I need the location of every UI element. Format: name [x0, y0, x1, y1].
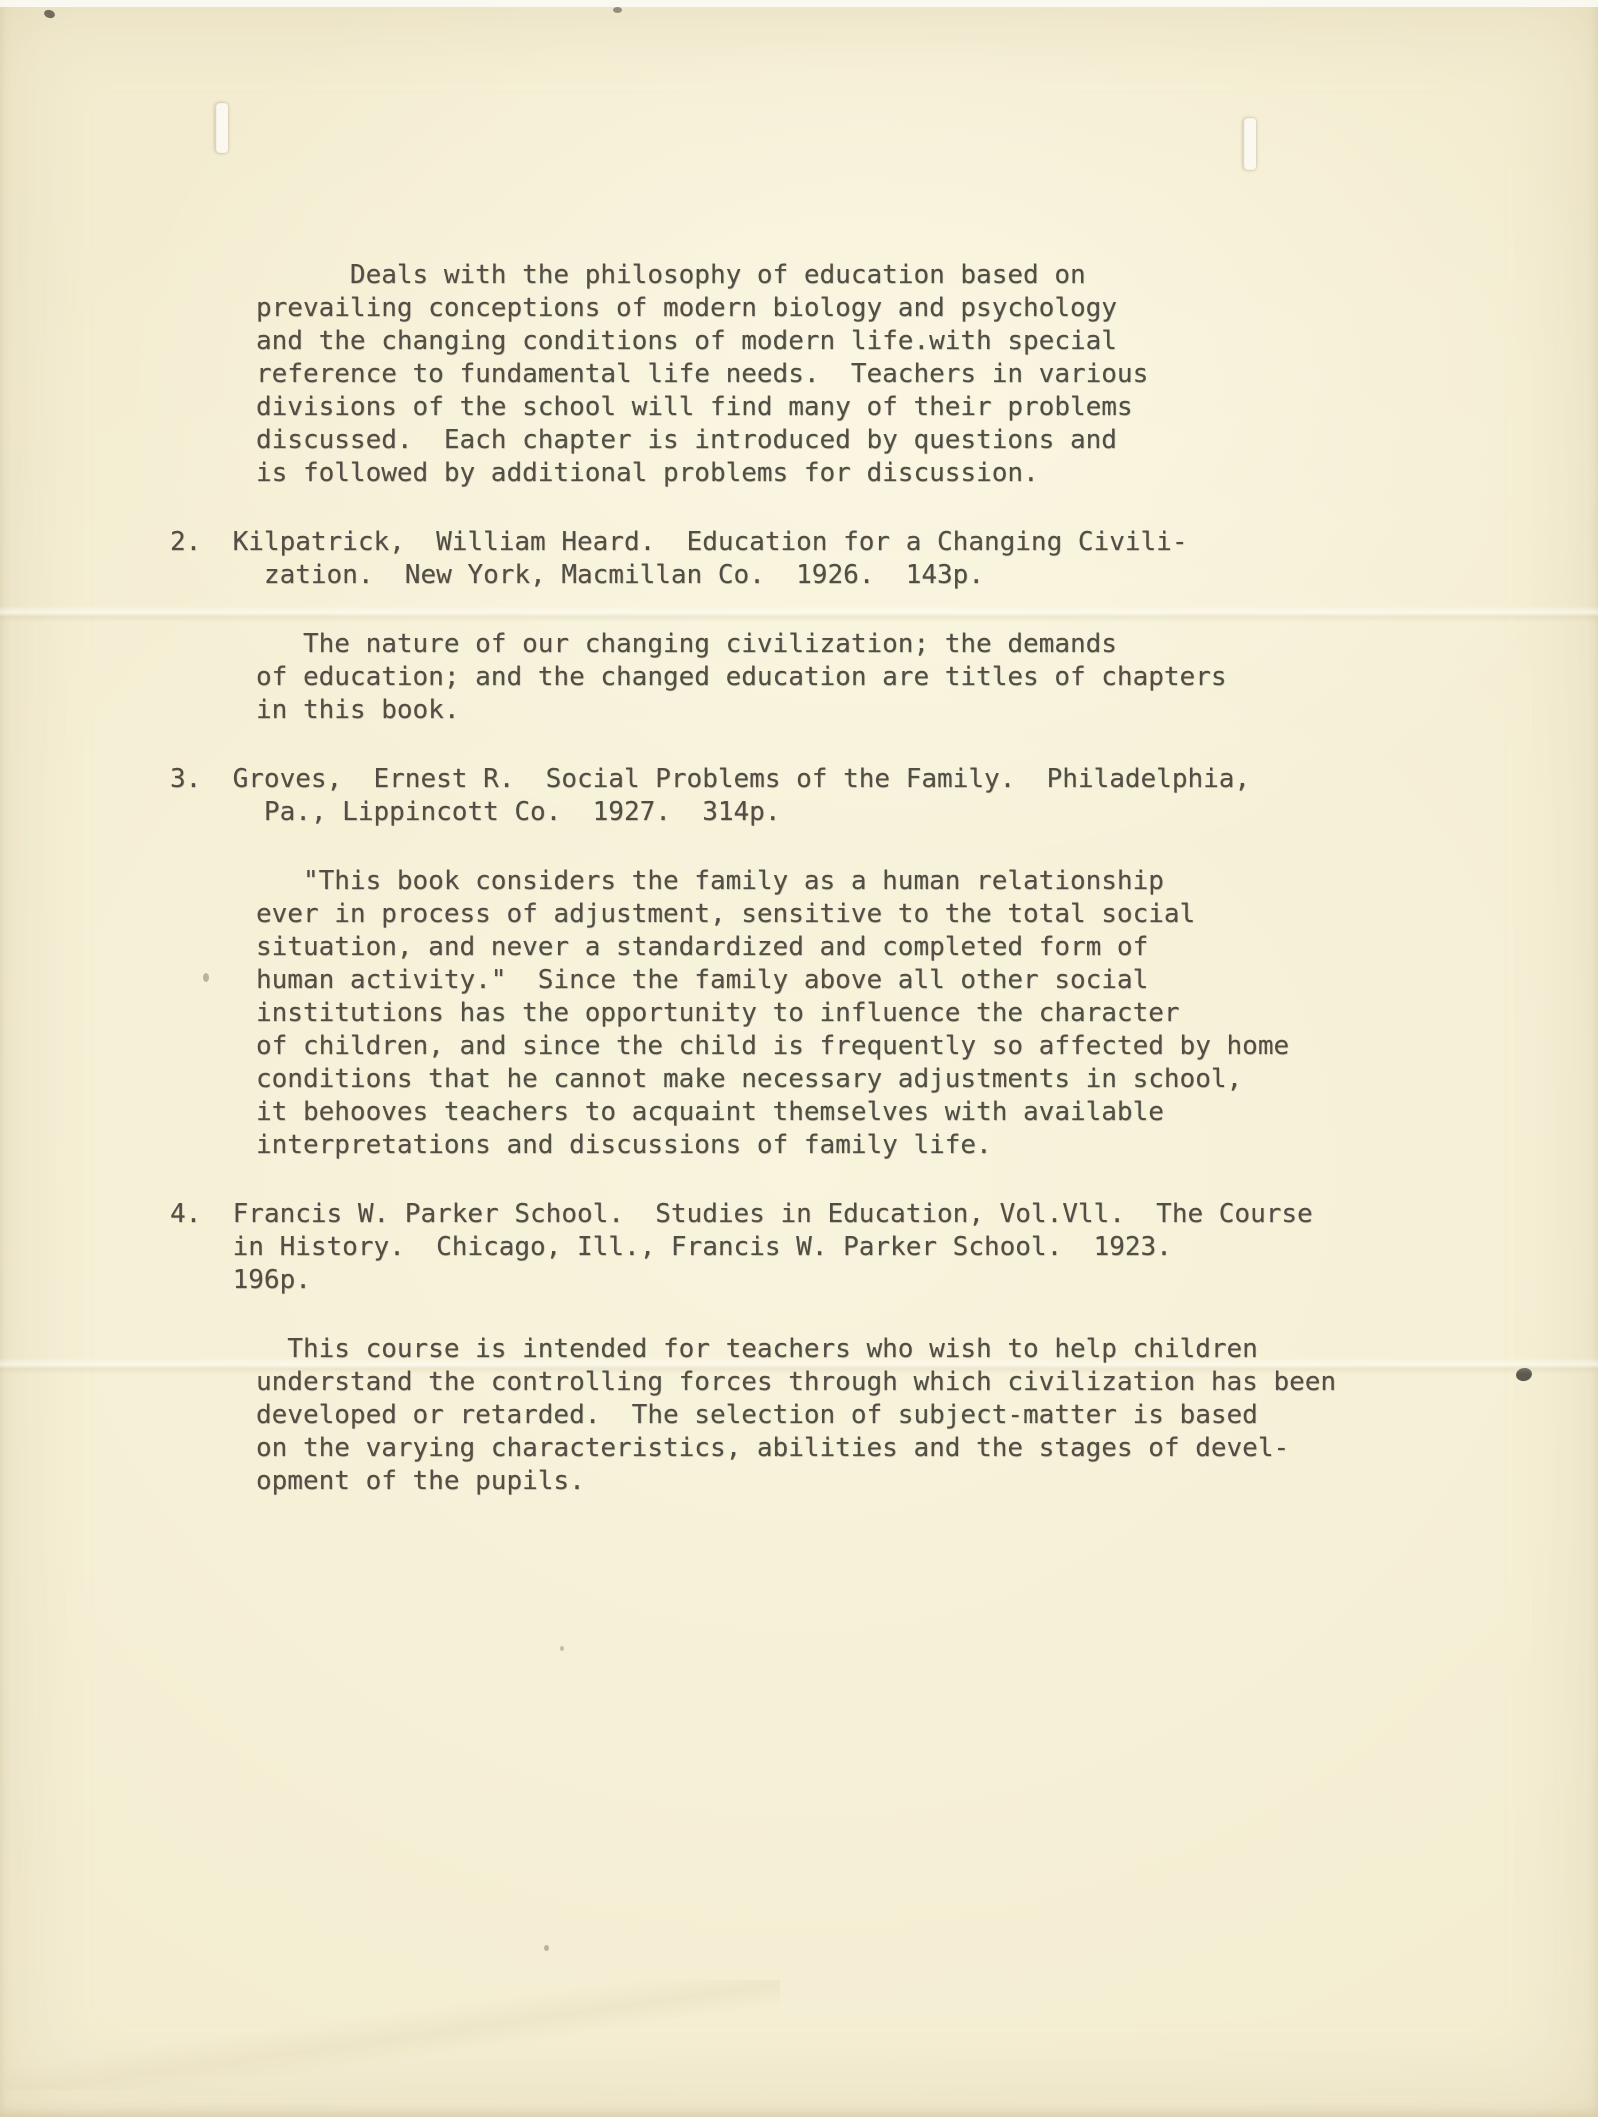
text-line: prevailing conceptions of modern biology… [256, 292, 1598, 325]
text-line: of children, and since the child is freq… [256, 1030, 1598, 1063]
text-line: ever in process of adjustment, sensitive… [256, 898, 1598, 931]
entry-2-annotation: The nature of our changing civilization;… [256, 628, 1598, 727]
paper-crease [0, 1980, 780, 2090]
entry-4-citation: 4. Francis W. Parker School. Studies in … [170, 1198, 1598, 1297]
text-line: is followed by additional problems for d… [256, 457, 1598, 490]
text-line: 2. Kilpatrick, William Heard. Education … [170, 526, 1598, 559]
text-line: institutions has the opportunity to infl… [256, 997, 1598, 1030]
entry-2-citation: 2. Kilpatrick, William Heard. Education … [170, 526, 1598, 592]
text-line: 4. Francis W. Parker School. Studies in … [170, 1198, 1598, 1231]
text-line: divisions of the school will find many o… [256, 391, 1598, 424]
text-line: Pa., Lippincott Co. 1927. 314p. [170, 796, 1598, 829]
entry-1-annotation: Deals with the philosophy of education b… [256, 259, 1598, 490]
text-line: discussed. Each chapter is introduced by… [256, 424, 1598, 457]
ink-speck [560, 1646, 564, 1651]
text-line: understand the controlling forces throug… [256, 1366, 1598, 1399]
text-line: human activity." Since the family above … [256, 964, 1598, 997]
ink-speck [613, 7, 622, 13]
ink-speck [544, 1945, 549, 1951]
text-line: conditions that he cannot make necessary… [256, 1063, 1598, 1096]
text-line: situation, and never a standardized and … [256, 931, 1598, 964]
text-line: interpretations and discussions of famil… [256, 1129, 1598, 1162]
text-line: on the varying characteristics, abilitie… [256, 1432, 1598, 1465]
text-line: "This book considers the family as a hum… [256, 865, 1598, 898]
staple-mark-left [215, 103, 228, 153]
text-line: of education; and the changed education … [256, 661, 1598, 694]
text-line: opment of the pupils. [256, 1465, 1598, 1498]
text-line: This course is intended for teachers who… [256, 1333, 1598, 1366]
scan-edge-strip [0, 0, 1598, 7]
text-line: zation. New York, Macmillan Co. 1926. 14… [170, 559, 1598, 592]
scanned-document-page: Deals with the philosophy of education b… [0, 0, 1598, 2117]
text-line: 3. Groves, Ernest R. Social Problems of … [170, 763, 1598, 796]
text-line: in this book. [256, 694, 1598, 727]
text-line: and the changing conditions of modern li… [256, 325, 1598, 358]
entry-3-citation: 3. Groves, Ernest R. Social Problems of … [170, 763, 1598, 829]
ink-speck [43, 8, 56, 19]
text-line: reference to fundamental life needs. Tea… [256, 358, 1598, 391]
document-text: Deals with the philosophy of education b… [0, 259, 1598, 1498]
text-line: Deals with the philosophy of education b… [256, 259, 1598, 292]
text-line: 196p. [170, 1264, 1598, 1297]
entry-4-annotation: This course is intended for teachers who… [256, 1333, 1598, 1498]
text-line: in History. Chicago, Ill., Francis W. Pa… [170, 1231, 1598, 1264]
text-line: The nature of our changing civilization;… [256, 628, 1598, 661]
text-line: it behooves teachers to acquaint themsel… [256, 1096, 1598, 1129]
text-line: developed or retarded. The selection of … [256, 1399, 1598, 1432]
entry-3-annotation: "This book considers the family as a hum… [256, 865, 1598, 1162]
staple-mark-right [1243, 118, 1256, 170]
